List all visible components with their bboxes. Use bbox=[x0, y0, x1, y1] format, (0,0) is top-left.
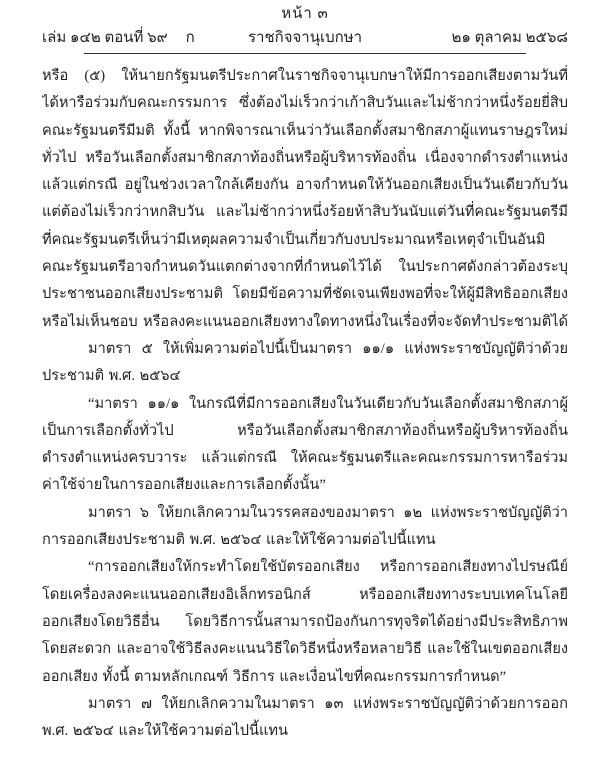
text-line: ได้หารือร่วมกับคณะกรรมการ ซึ่งต้องไม่เร็… bbox=[42, 90, 568, 117]
text-line: โดยเครื่องลงคะแนนออกเสียงอิเล็กทรอนิกส์ … bbox=[42, 582, 568, 609]
section-11-1-line: “มาตรา ๑๑/๑ ในกรณีที่มีการออกเสียงในวันเ… bbox=[42, 391, 568, 418]
text-line: ประชาชนออกเสียงประชามติ โดยมีข้อความที่ช… bbox=[42, 281, 568, 308]
text-line: การออกเสียงประชามติ พ.ศ. ๒๕๖๔ และให้ใช้ค… bbox=[42, 527, 568, 554]
text-line: “การออกเสียงให้กระทำโดยใช้บัตรออกเสียง ห… bbox=[42, 554, 568, 581]
text-line: แต่ต้องไม่เร็วกว่าหกสิบวัน และไม่ช้ากว่า… bbox=[42, 199, 568, 226]
section-5-line: มาตรา ๕ ให้เพิ่มความต่อไปนี้เป็นมาตรา ๑๑… bbox=[42, 336, 568, 363]
text-line: ดำรงตำแหน่งครบวาระ แล้วแต่กรณี ให้คณะรัฐ… bbox=[42, 445, 568, 472]
gazette-header: หน้า ๓ เล่ม ๑๔๒ ตอนที่ ๖๙ ก ราชกิจจานุเบ… bbox=[0, 0, 610, 54]
text-line: ค่าใช้จ่ายในการออกเสียงและการเลือกตั้งนั… bbox=[42, 472, 568, 499]
volume-label: เล่ม ๑๔๒ ตอนที่ ๖๙ bbox=[42, 26, 168, 50]
text-line: คณะรัฐมนตรีอาจกำหนดวันแตกต่างจากที่กำหนด… bbox=[42, 254, 568, 281]
volume-part-info: เล่ม ๑๔๒ ตอนที่ ๖๙ ก bbox=[42, 26, 195, 50]
text-line: แล้วแต่กรณี อยู่ในช่วงเวลาใกล้เคียงกัน อ… bbox=[42, 172, 568, 199]
text-line: ออกเสียง ทั้งนี้ ตามหลักเกณฑ์ วิธีการ แล… bbox=[42, 664, 568, 691]
text-line: เป็นการเลือกตั้งทั่วไป หรือวันเลือกตั้งส… bbox=[42, 418, 568, 445]
text-line: ที่คณะรัฐมนตรีเห็นว่ามีเหตุผลความจำเป็นเ… bbox=[42, 227, 568, 254]
section-label: ก bbox=[186, 26, 195, 50]
text-line: คณะรัฐมนตรีมีมติ ทั้งนี้ หากพิจารณาเห็นว… bbox=[42, 118, 568, 145]
text-line: หรือไม่เห็นชอบ หรือลงคะแนนออกเสียงทางใดท… bbox=[42, 309, 568, 336]
masthead-row: เล่ม ๑๔๒ ตอนที่ ๖๙ ก ราชกิจจานุเบกษา ๒๑ … bbox=[42, 26, 568, 50]
gazette-page: หน้า ๓ เล่ม ๑๔๒ ตอนที่ ๖๙ ก ราชกิจจานุเบ… bbox=[0, 0, 610, 784]
text-line: โดยสะดวก และอาจใช้วิธีลงคะแนนวิธีใดวิธีห… bbox=[42, 636, 568, 663]
section-6-line: มาตรา ๖ ให้ยกเลิกความในวรรคสองของมาตรา ๑… bbox=[42, 500, 568, 527]
text-line: ทั่วไป หรือวันเลือกตั้งสมาชิกสภาท้องถิ่น… bbox=[42, 145, 568, 172]
text-line: ประชามติ พ.ศ. ๒๕๖๔ bbox=[42, 363, 568, 390]
publication-date: ๒๑ ตุลาคม ๒๕๖๘ bbox=[451, 26, 568, 50]
legal-text-body: หรือ (๕) ให้นายกรัฐมนตรีประกาศในราชกิจจา… bbox=[0, 54, 610, 745]
section-7-line: มาตรา ๗ ให้ยกเลิกความในมาตรา ๑๓ แห่งพระร… bbox=[42, 691, 568, 718]
text-line: พ.ศ. ๒๕๖๔ และให้ใช้ความต่อไปนี้แทน bbox=[42, 718, 568, 745]
text-line: หรือ (๕) ให้นายกรัฐมนตรีประกาศในราชกิจจา… bbox=[42, 63, 568, 90]
text-line: ออกเสียงโดยวิธีอื่น โดยวิธีการนั้นสามารถ… bbox=[42, 609, 568, 636]
page-number-label: หน้า ๓ bbox=[281, 6, 329, 22]
